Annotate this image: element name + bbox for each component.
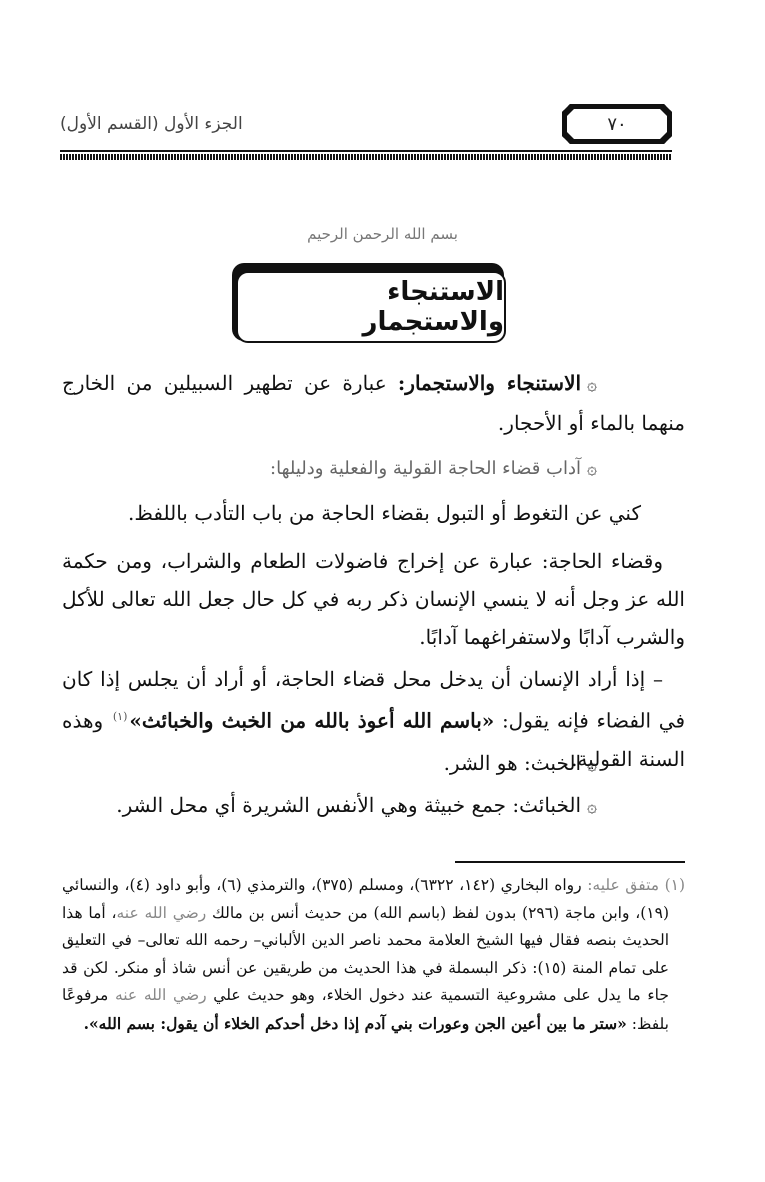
paragraph-definition: ۞الاستنجاء والاستجمار: عبارة عن تطهير ال… [62,364,685,442]
chapter-title: الاستنجاء والاستجمار [238,277,504,337]
term: الخبائث: [512,793,581,817]
paragraph-khabaith: ۞الخبائث: جمع خبيثة وهي الأنفس الشريرة أ… [62,786,685,826]
paragraph-khubth: ۞الخبث: هو الشر. [62,744,685,784]
flower-bullet-icon: ۞ [587,746,641,784]
flower-bullet-icon: ۞ [587,366,641,404]
honorific: رضي الله عنه [115,986,207,1004]
header-divider [60,150,672,160]
footnotes: (١) متفق عليه: رواه البخاري (١٤٢، ٦٣٢٢)،… [62,872,685,1038]
term: الاستنجاء والاستجمار: [398,371,581,395]
paragraph-relieving-oneself: وقضاء الحاجة: عبارة عن إخراج فاضولات الط… [62,542,685,656]
page-number-frame: ٧٠ [562,104,672,144]
page-header: ٧٠ الجزء الأول (القسم الأول) [60,100,672,160]
paragraph-etiquette-heading: ۞آداب قضاء الحاجة القولية والفعلية ودليل… [62,448,685,488]
footnote-divider [455,861,685,863]
paragraph-euphemism: كني عن التغوط أو التبول بقضاء الحاجة من … [62,494,685,532]
footnote-1: (١) متفق عليه: رواه البخاري (١٤٢، ٦٣٢٢)،… [62,872,685,1038]
flower-bullet-icon: ۞ [587,788,641,826]
footnote-number: (١) [665,876,685,894]
chapter-title-frame: الاستنجاء والاستجمار [232,263,510,347]
page-number: ٧٠ [607,114,626,135]
basmala: بسم الله الرحمن الرحيم [0,225,765,243]
honorific: رضي الله عنه [116,904,206,922]
hadith-quote: «ستر ما بين أعين الجن وعورات بني آدم إذا… [84,1014,627,1033]
hadith-quote: «باسم الله أعوذ بالله من الخبث والخبائث» [129,709,494,733]
flower-bullet-icon: ۞ [587,450,641,488]
footnote-ref[interactable]: (١) [113,710,128,723]
book-page: ٧٠ الجزء الأول (القسم الأول) بسم الله ال… [0,0,765,1182]
term: الخبث: [524,751,581,775]
running-head: الجزء الأول (القسم الأول) [60,114,243,134]
